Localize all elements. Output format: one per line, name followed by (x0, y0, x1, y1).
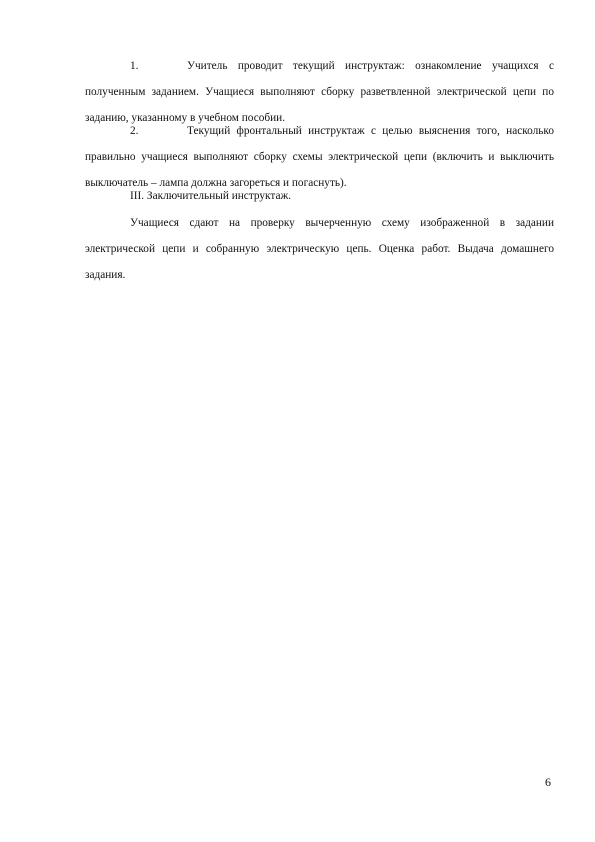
section-heading: III. Заключительный инструктаж. (85, 183, 554, 209)
page-number: 6 (545, 775, 551, 790)
list-item-number: 2. (130, 118, 187, 144)
closing-paragraph: Учащиеся сдают на проверку вычерченную с… (85, 210, 554, 288)
document-page: 1.Учитель проводит текущий инструктаж: о… (0, 0, 595, 842)
list-item-number: 1. (130, 53, 187, 79)
